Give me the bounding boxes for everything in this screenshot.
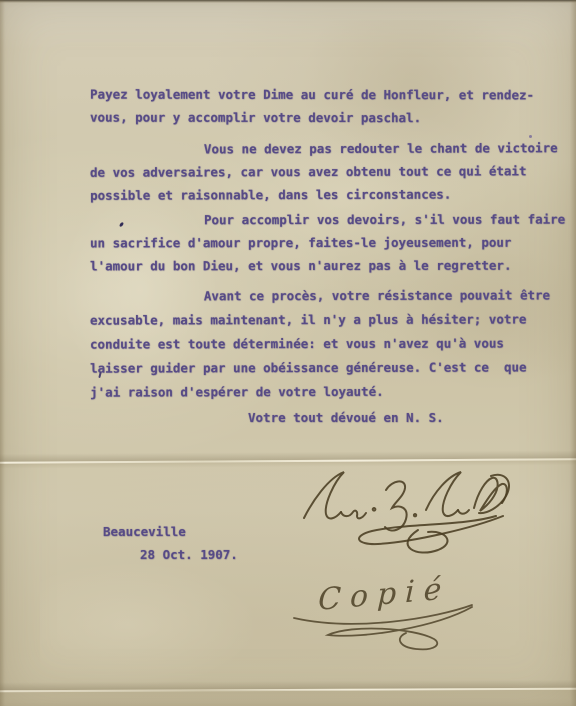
copie-flourish-ink bbox=[286, 602, 478, 658]
letter-paragraph-1: Payez loyalement votre Dime au curé de H… bbox=[90, 87, 568, 134]
letter-paragraph-2: Vous ne devez pas redouter le chant de v… bbox=[90, 140, 568, 211]
letter-line: j'ai raison d'espérer de votre loyauté. bbox=[90, 383, 568, 408]
letter-line: Avant ce procès, votre résistance pouvai… bbox=[90, 287, 568, 312]
scan-left-edge bbox=[0, 0, 5, 706]
scan-right-edge bbox=[570, 0, 576, 706]
letter-page: Payez loyalement votre Dime au curé de H… bbox=[0, 0, 576, 706]
place-line: Beauceville bbox=[103, 524, 186, 547]
letter-line: Pour accomplir vos devoirs, s'il vous fa… bbox=[90, 212, 568, 236]
paper-bottom-band bbox=[0, 690, 576, 706]
letter-line: un sacrifice d'amour propre, faites-le j… bbox=[90, 235, 568, 259]
letter-line: de vos adversaires, car vous avez obtenu… bbox=[90, 163, 568, 188]
signature-ink bbox=[298, 466, 516, 560]
letter-line: l'amour du bon Dieu, et vous n'aurez pas… bbox=[90, 258, 568, 282]
scan-top-edge bbox=[0, 0, 576, 3]
letter-line: laisser guider par une obéissance génére… bbox=[90, 359, 568, 384]
closing-line: Votre tout dévoué en N. S. bbox=[248, 410, 444, 433]
paper-stain bbox=[40, 560, 260, 690]
letter-paragraph-3: Pour accomplir vos devoirs, s'il vous fa… bbox=[90, 212, 568, 282]
date-line: 28 Oct. 1907. bbox=[140, 547, 238, 570]
letter-line: conduite est toute déterminée: et vous n… bbox=[90, 335, 568, 360]
letter-line: Payez loyalement votre Dime au curé de H… bbox=[90, 87, 568, 111]
letter-line: possible et raisonnable, dans les circon… bbox=[90, 186, 568, 211]
letter-paragraph-4: Avant ce procès, votre résistance pouvai… bbox=[90, 287, 568, 408]
letter-line: Vous ne devez pas redouter le chant de v… bbox=[90, 140, 568, 165]
ink-speck bbox=[529, 135, 532, 138]
letter-line: excusable, mais maintenant, il n'y a plu… bbox=[90, 311, 568, 336]
letter-line: vous, pour y accomplir votre devoir pasc… bbox=[90, 110, 568, 134]
